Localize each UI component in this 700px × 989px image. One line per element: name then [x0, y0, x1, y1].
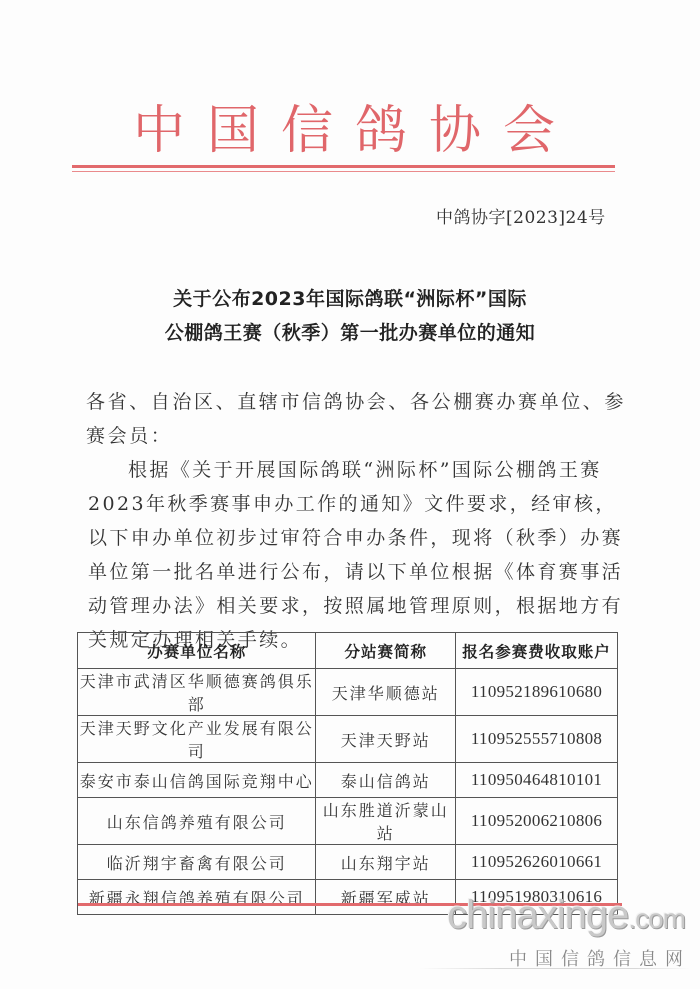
- watermark-domain: chinaxinge.com: [415, 893, 685, 941]
- watermark-domain-main: chinaxinge: [447, 893, 628, 937]
- table-row: 山东信鸽养殖有限公司 山东胜道沂蒙山站 110952006210806: [78, 798, 618, 845]
- body-paragraph: 根据《关于开展国际鸽联“洲际杯”国际公棚鸽王赛2023年秋季赛事申办工作的通知》…: [88, 453, 628, 657]
- station-name: 天津天野站: [316, 716, 456, 763]
- watermark-underline: [420, 968, 690, 969]
- fee-account: 110952189610680: [456, 669, 618, 716]
- notice-body: 各省、自治区、直辖市信鸽协会、各公棚赛办赛单位、参赛会员： 根据《关于开展国际鸽…: [88, 385, 628, 657]
- table-row: 临沂翔宇畜禽有限公司 山东翔宇站 110952626010661: [78, 845, 618, 880]
- org-letterhead-title: 中国信鸽协会: [0, 96, 700, 166]
- unit-name: 天津市武清区华顺德赛鸽俱乐部: [78, 669, 316, 716]
- fee-account: 110952555710808: [456, 716, 618, 763]
- station-name: 山东翔宇站: [316, 845, 456, 880]
- station-name: 天津华顺德站: [316, 669, 456, 716]
- site-watermark: chinaxinge.com 中国信鸽信息网: [415, 893, 685, 971]
- host-units-table: 办赛单位名称 分站赛简称 报名参赛费收取账户 天津市武清区华顺德赛鸽俱乐部 天津…: [77, 632, 618, 915]
- notice-title-line-1: 关于公布2023年国际鸽联“洲际杯”国际: [0, 284, 700, 311]
- fee-account: 110952626010661: [456, 845, 618, 880]
- unit-name: 新疆永翔信鸽养殖有限公司: [78, 880, 316, 915]
- unit-name: 天津天野文化产业发展有限公司: [78, 716, 316, 763]
- fee-account: 110952006210806: [456, 798, 618, 845]
- table-row: 泰安市泰山信鸽国际竞翔中心 泰山信鸽站 110950464810101: [78, 763, 618, 798]
- unit-name: 泰安市泰山信鸽国际竞翔中心: [78, 763, 316, 798]
- table-row: 天津天野文化产业发展有限公司 天津天野站 110952555710808: [78, 716, 618, 763]
- station-name: 山东胜道沂蒙山站: [316, 798, 456, 845]
- header-unit-name: 办赛单位名称: [78, 633, 316, 669]
- watermark-domain-tld: .com: [628, 903, 685, 934]
- letterhead-divider-thin: [72, 171, 615, 172]
- fee-account: 110950464810101: [456, 763, 618, 798]
- unit-name: 临沂翔宇畜禽有限公司: [78, 845, 316, 880]
- letterhead-divider-thick: [72, 165, 615, 168]
- header-fee-account: 报名参赛费收取账户: [456, 633, 618, 669]
- header-station-name: 分站赛简称: [316, 633, 456, 669]
- unit-name: 山东信鸽养殖有限公司: [78, 798, 316, 845]
- notice-title-line-2: 公棚鸽王赛（秋季）第一批办赛单位的通知: [0, 318, 700, 345]
- salutation: 各省、自治区、直辖市信鸽协会、各公棚赛办赛单位、参赛会员：: [86, 385, 628, 453]
- station-name: 泰山信鸽站: [316, 763, 456, 798]
- document-number: 中鸽协字[2023]24号: [436, 203, 606, 228]
- table-header-row: 办赛单位名称 分站赛简称 报名参赛费收取账户: [78, 633, 618, 669]
- table-row: 天津市武清区华顺德赛鸽俱乐部 天津华顺德站 110952189610680: [78, 669, 618, 716]
